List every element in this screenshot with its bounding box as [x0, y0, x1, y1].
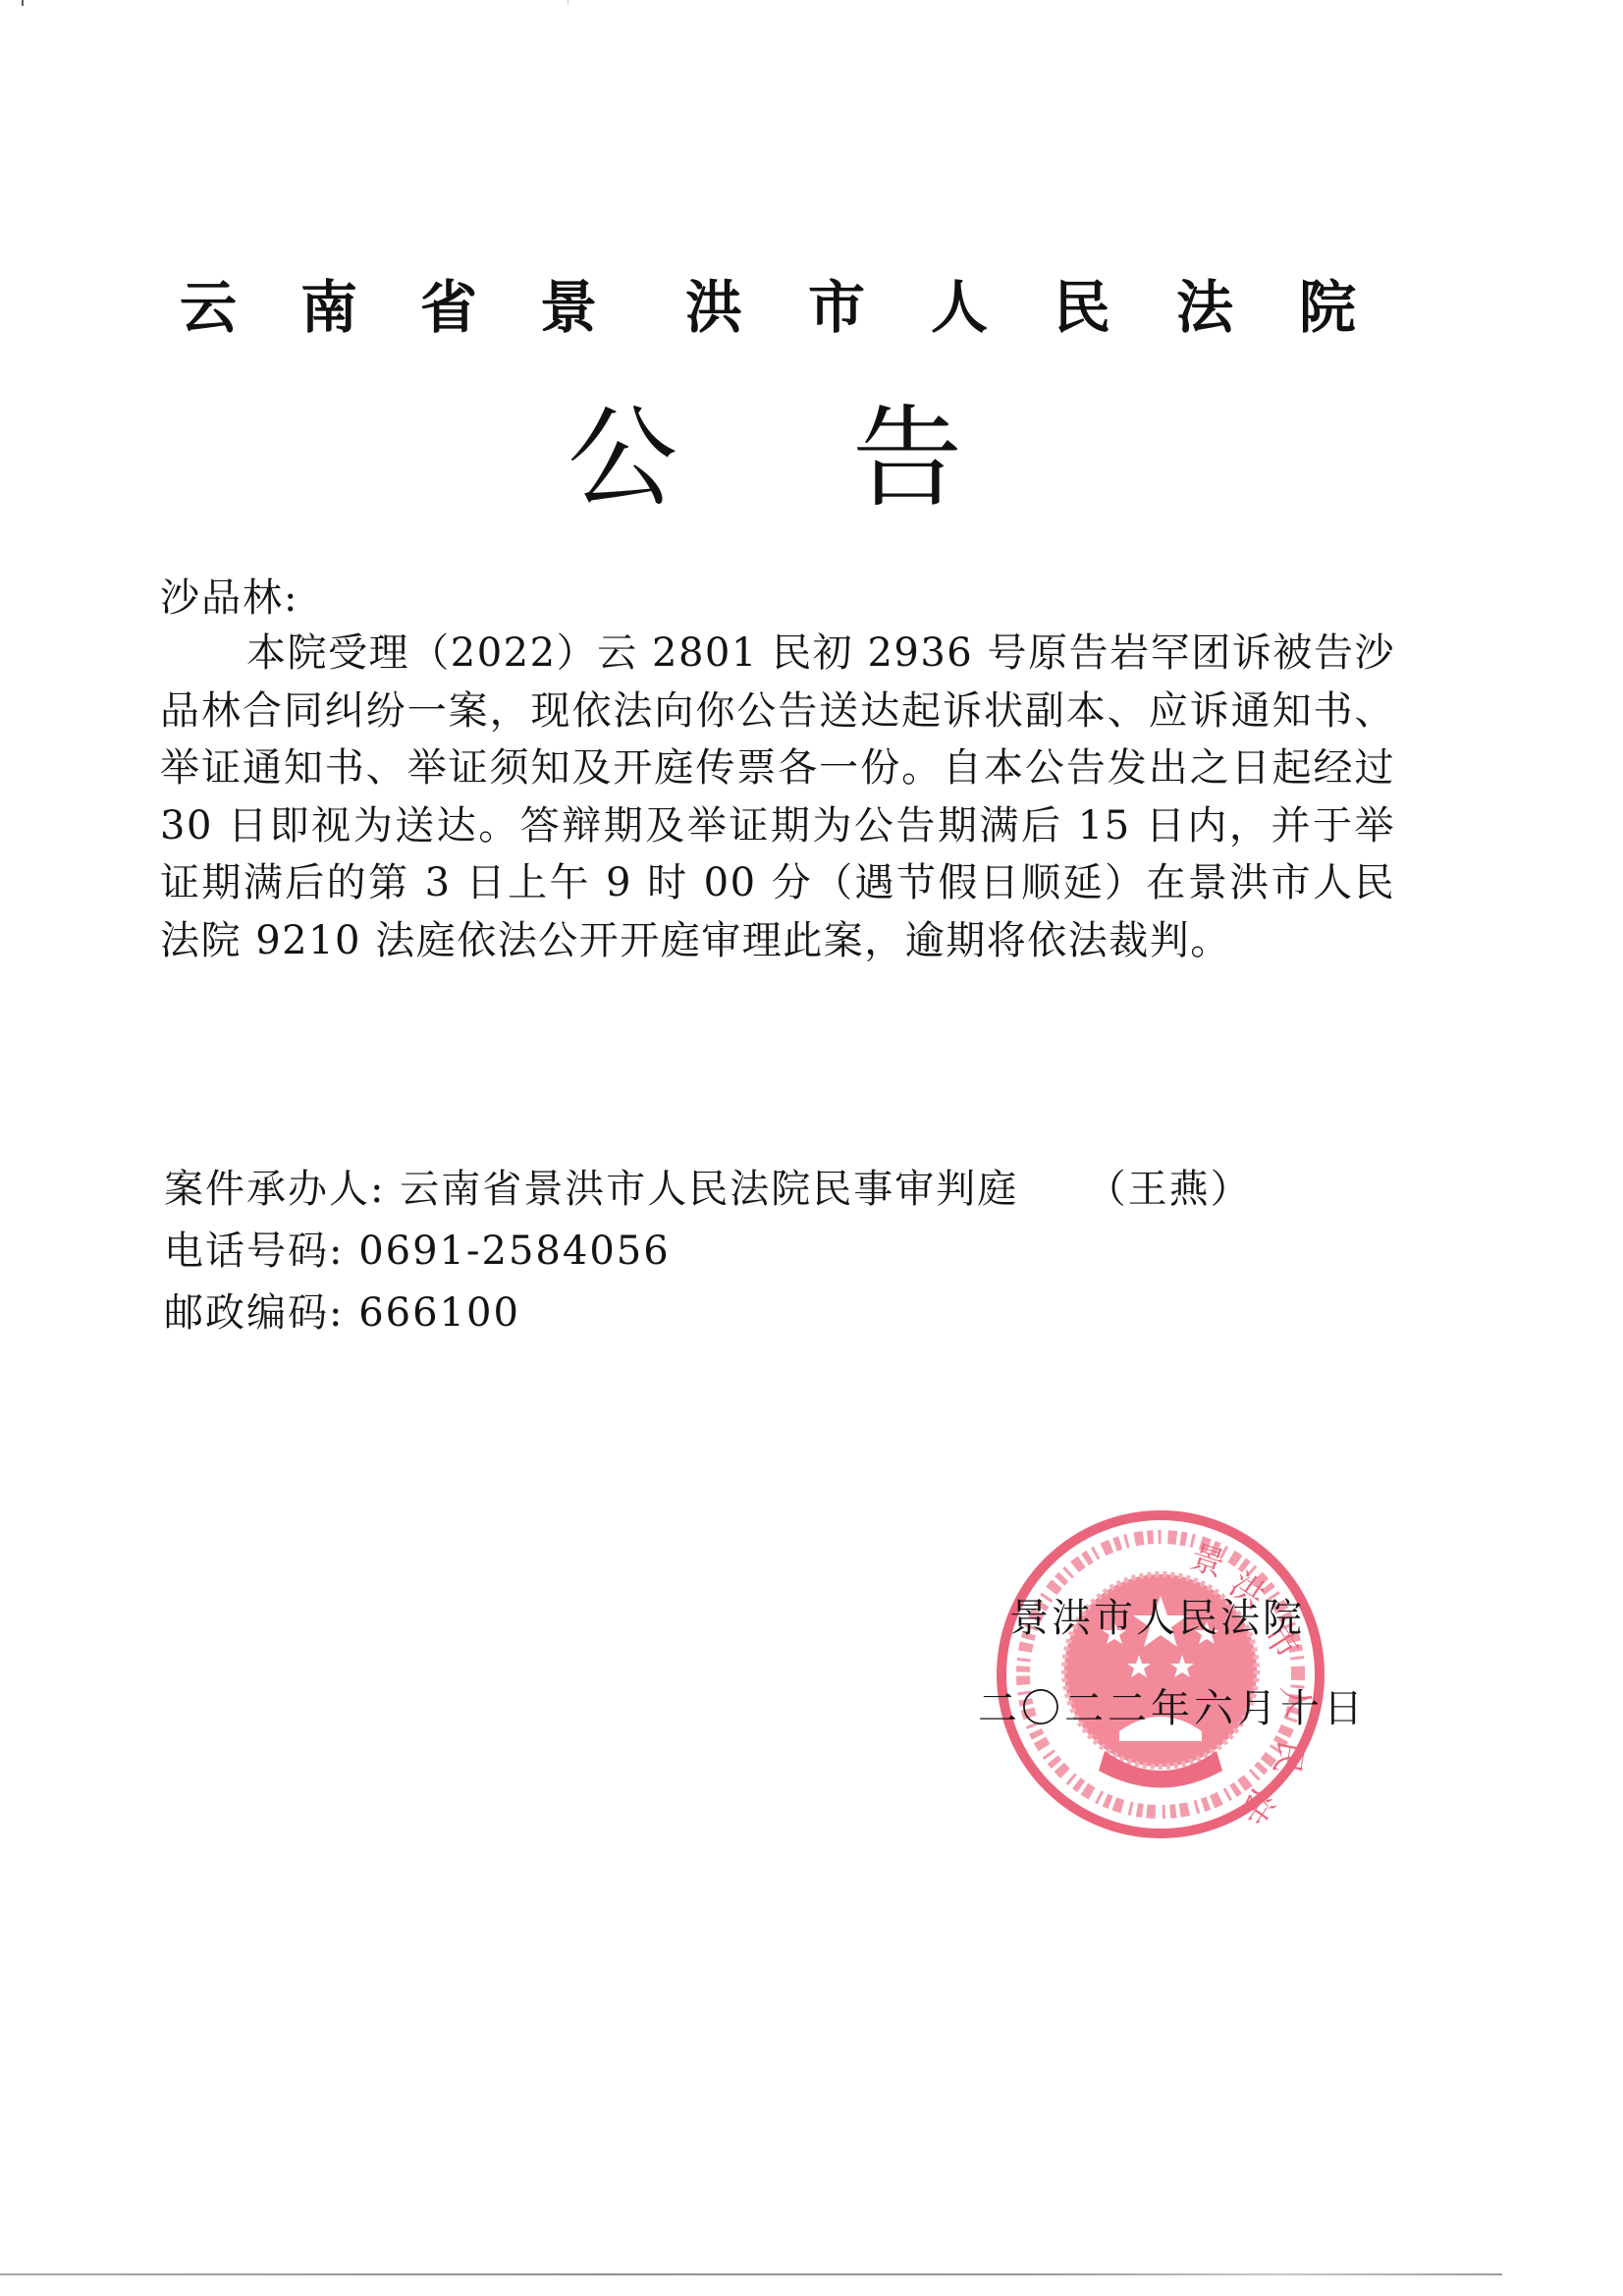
- phone-value: 0691-2584056: [358, 1229, 670, 1274]
- addressee: 沙品林:: [160, 574, 298, 622]
- court-title: 云 南 省 景 洪 市 人 民 法 院: [0, 273, 1623, 342]
- page-bottom-rule: [0, 2273, 1502, 2275]
- issue-date: 二〇二二年六月十日: [978, 1681, 1367, 1736]
- notice-heading-char: 告: [852, 398, 962, 520]
- handler-value: 云南省景洪市人民法院民事审判庭: [400, 1167, 1018, 1212]
- scan-artifact: [568, 0, 568, 4]
- handler-name: （王燕）: [1087, 1167, 1252, 1212]
- notice-heading: 公 告: [0, 398, 1623, 520]
- court-title-char: 洪: [685, 273, 742, 342]
- court-title-char: 省: [420, 273, 477, 342]
- issuer-signature: 景洪市人民法院: [1009, 1591, 1305, 1646]
- handler-label: 案件承办人:: [164, 1167, 385, 1212]
- phone-row: 电话号码: 0691-2584056: [164, 1221, 1252, 1283]
- court-title-char: 民: [1054, 273, 1110, 342]
- notice-heading-char: 公: [568, 398, 677, 520]
- official-seal-icon: 景 洪 市 人 民 法: [992, 1505, 1329, 1843]
- notice-body: 本院受理（2022）云 2801 民初 2936 号原告岩罕团诉被告沙品林合同纠…: [160, 625, 1395, 969]
- contact-block: 案件承办人: 云南省景洪市人民法院民事审判庭 （王燕） 电话号码: 0691-2…: [164, 1159, 1252, 1344]
- postcode-value: 666100: [358, 1290, 520, 1336]
- court-title-char: 法: [1176, 273, 1233, 342]
- court-title-char: 云: [180, 273, 237, 342]
- handler-row: 案件承办人: 云南省景洪市人民法院民事审判庭 （王燕）: [164, 1159, 1252, 1221]
- phone-label: 电话号码:: [164, 1229, 344, 1274]
- court-title-char: 人: [931, 273, 988, 342]
- postcode-row: 邮政编码: 666100: [164, 1283, 1252, 1344]
- court-title-char: 南: [300, 273, 357, 342]
- court-title-char: 景: [540, 273, 597, 342]
- postcode-label: 邮政编码:: [164, 1290, 344, 1336]
- svg-text:民: 民: [1266, 1737, 1310, 1777]
- scan-artifact: [22, 0, 24, 6]
- court-title-char: 市: [808, 273, 865, 342]
- court-title-char: 院: [1299, 273, 1356, 342]
